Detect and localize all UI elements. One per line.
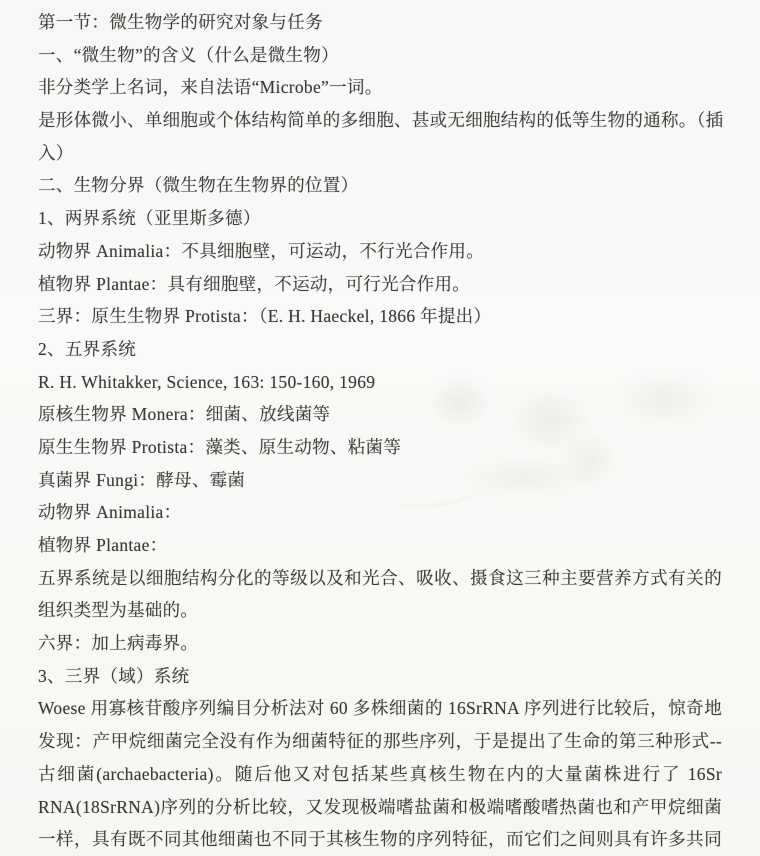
text-line: Woese 用寡核苷酸序列编目分析法对 60 多株细菌的 16SrRNA 序列进…	[38, 692, 722, 725]
text-line: 非分类学上名词，来自法语“Microbe”一词。	[38, 71, 722, 104]
text-line: 入）	[38, 137, 722, 170]
text-line: 三界：原生生物界 Protista：（E. H. Haeckel, 1866 年…	[38, 300, 722, 333]
text-line: 发现：产甲烷细菌完全没有作为细菌特征的那些序列，于是提出了生命的第三种形式--	[38, 725, 722, 758]
heading-line: 3、三界（域）系统	[38, 660, 722, 693]
text-line: 动物界 Animalia：不具细胞壁，可运动，不行光合作用。	[38, 235, 722, 268]
text-line: 原生生物界 Protista：藻类、原生动物、粘菌等	[38, 431, 722, 464]
text-line: RNA(18SrRNA)序列的分析比较，又发现极端嗜盐菌和极端嗜酸嗜热菌也和产甲…	[38, 791, 722, 824]
heading-line: 2、五界系统	[38, 333, 722, 366]
text-line: 植物界 Plantae：具有细胞壁，不运动，可行光合作用。	[38, 268, 722, 301]
text-line: 是形体微小、单细胞或个体结构简单的多细胞、甚或无细胞结构的低等生物的通称。（插	[38, 104, 722, 137]
text-line: 植物界 Plantae：	[38, 529, 722, 562]
text-line: 原核生物界 Monera：细菌、放线菌等	[38, 398, 722, 431]
text-line: 真菌界 Fungi：酵母、霉菌	[38, 464, 722, 497]
text-line: 六界：加上病毒界。	[38, 627, 722, 660]
document-page: 第一节：微生物学的研究对象与任务 一、“微生物”的含义（什么是微生物） 非分类学…	[0, 0, 760, 856]
heading-line: 二、生物分界（微生物在生物界的位置）	[38, 169, 722, 202]
text-line: 一样，具有既不同其他细菌也不同于其核生物的序列特征，而它们之间则具有许多共同	[38, 823, 722, 856]
text-line: 五界系统是以细胞结构分化的等级以及和光合、吸收、摄食这三种主要营养方式有关的	[38, 562, 722, 595]
text-line: R. H. Whitakker, Science, 163: 150-160, …	[38, 366, 722, 399]
text-line: 古细菌(archaebacteria)。随后他又对包括某些真核生物在内的大量菌株…	[38, 758, 722, 791]
section-title: 第一节：微生物学的研究对象与任务	[38, 6, 722, 39]
heading-line: 一、“微生物”的含义（什么是微生物）	[38, 39, 722, 72]
text-line: 动物界 Animalia：	[38, 496, 722, 529]
text-line: 组织类型为基础的。	[38, 594, 722, 627]
heading-line: 1、两界系统（亚里斯多德）	[38, 202, 722, 235]
document-text-column: 第一节：微生物学的研究对象与任务 一、“微生物”的含义（什么是微生物） 非分类学…	[38, 6, 722, 856]
